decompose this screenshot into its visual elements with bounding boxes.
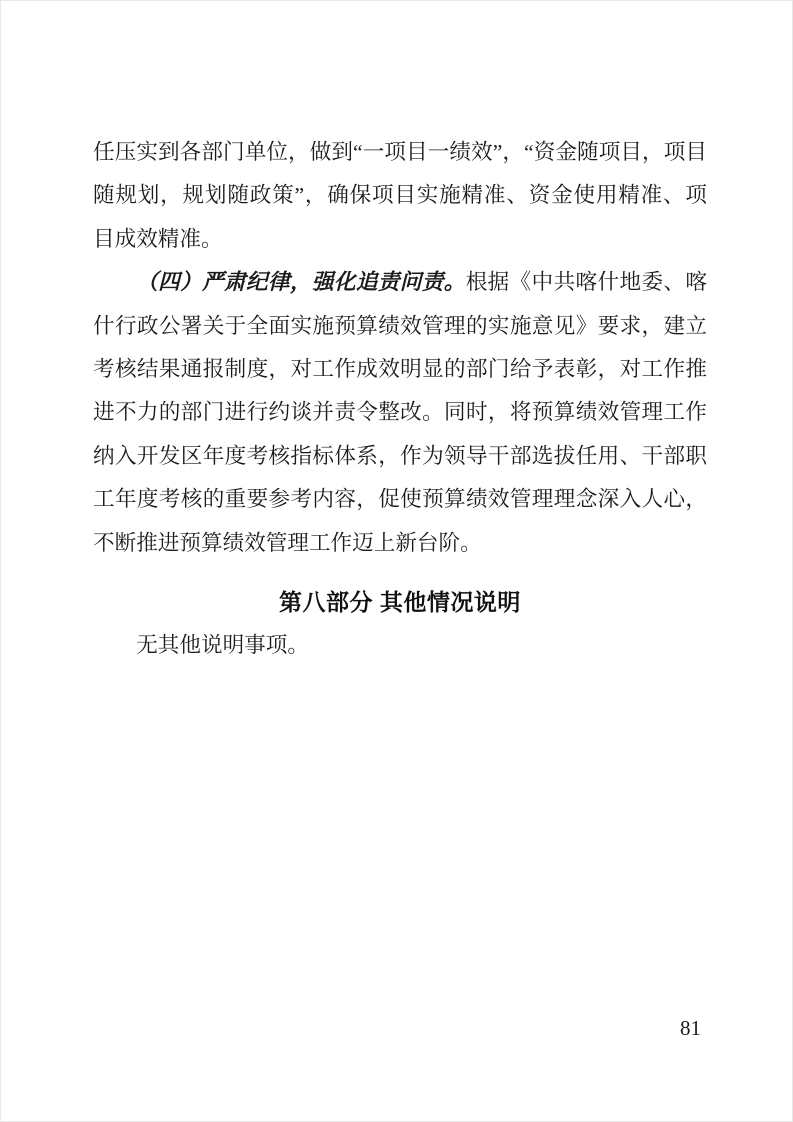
document-body: 任压实到各部门单位，做到“一项目一绩效”，“资金随项目，项目随规划，规划随政策”… — [93, 131, 707, 668]
document-page: 任压实到各部门单位，做到“一项目一绩效”，“资金随项目，项目随规划，规划随政策”… — [0, 0, 793, 1122]
section-heading: 第八部分 其他情况说明 — [93, 581, 707, 624]
page-number: 81 — [680, 1015, 701, 1041]
paragraph-item-four-body: 根据《中共喀什地委、喀什行政公署关于全面实施预算绩效管理的实施意见》要求，建立考… — [93, 270, 707, 554]
paragraph-item-four: （四）严肃纪律，强化追责问责。根据《中共喀什地委、喀什行政公署关于全面实施预算绩… — [93, 261, 707, 565]
paragraph-item-four-lead: （四）严肃纪律，强化追责问责。 — [136, 270, 466, 294]
paragraph-no-other-notes: 无其他说明事项。 — [93, 624, 707, 667]
paragraph-continuation: 任压实到各部门单位，做到“一项目一绩效”，“资金随项目，项目随规划，规划随政策”… — [93, 131, 707, 261]
